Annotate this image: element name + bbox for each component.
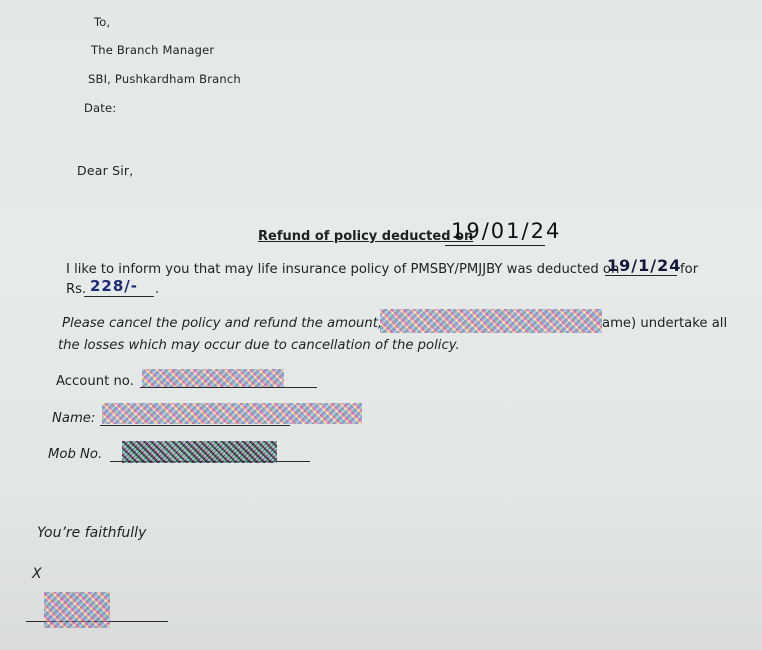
- paragraph1-text: I like to inform you that may life insur…: [66, 262, 619, 277]
- account-label: Account no.: [56, 374, 134, 389]
- paragraph1-handwritten-date: 19/1/24: [607, 256, 681, 275]
- paragraph2-line1-end: ame) undertake all: [602, 316, 727, 331]
- amount-period: .: [155, 282, 159, 297]
- valediction: You’re faithfully: [37, 525, 146, 541]
- name-underline: [100, 425, 290, 426]
- name-label: Name:: [52, 411, 95, 426]
- paragraph2-line2: the losses which may occur due to cancel…: [58, 338, 460, 353]
- account-underline: [140, 387, 317, 388]
- subject-handwritten-date: 19/01/24: [451, 219, 561, 243]
- signature-mark: X: [32, 566, 42, 582]
- paragraph1-date-underline: [605, 275, 677, 276]
- handwritten-amount: 228/-: [90, 277, 138, 295]
- subject-label: Refund of policy deducted on: [258, 229, 473, 244]
- amount-underline: [84, 296, 154, 297]
- address-recipient: The Branch Manager: [91, 43, 214, 57]
- date-label: Date:: [84, 101, 116, 115]
- mobile-label: Mob No.: [48, 447, 102, 462]
- paragraph1-for: for: [680, 262, 698, 277]
- letter-page: To, The Branch Manager SBI, Pushkardham …: [0, 0, 762, 650]
- address-branch: SBI, Pushkardham Branch: [88, 72, 241, 86]
- paragraph2-line1-start: Please cancel the policy and refund the …: [62, 316, 382, 331]
- address-to: To,: [94, 15, 110, 29]
- amount-label: Rs.: [66, 282, 86, 297]
- mobile-redacted: [122, 441, 277, 463]
- redacted-text-block: [380, 309, 602, 333]
- salutation: Dear Sir,: [77, 163, 133, 178]
- signature-redacted: [44, 592, 110, 628]
- subject-underline: [445, 245, 545, 246]
- name-redacted: [102, 403, 362, 424]
- account-redacted: [142, 369, 284, 387]
